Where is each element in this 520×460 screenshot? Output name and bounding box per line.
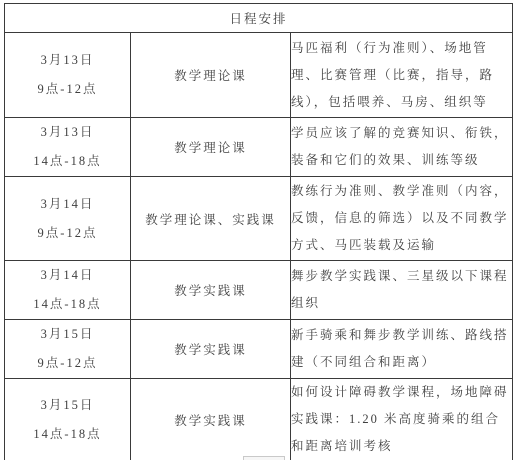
schedule-table: 日程安排 3月13日 9点-12点 教学理论课 马匹福利（行为准则）、场地管理、…	[4, 3, 513, 460]
course-cell: 教学理论课	[131, 118, 291, 177]
content-cell: 新手骑乘和舞步教学训练、路线搭建（不同组合和距离）	[291, 320, 513, 379]
date-cell: 3月14日 9点-12点	[5, 177, 131, 261]
content-cell: 马匹福利（行为准则）、场地管理、比赛管理（比赛，指导，路线），包括喂养、马房、组…	[291, 33, 513, 118]
document-page: 日程安排 3月13日 9点-12点 教学理论课 马匹福利（行为准则）、场地管理、…	[0, 0, 520, 460]
date-cell: 3月14日 14点-18点	[5, 261, 131, 320]
table-row: 3月15日 14点-18点 教学实践课 如何设计障碍教学课程，场地障碍实践课：1…	[5, 379, 513, 460]
time-text: 9点-12点	[5, 219, 130, 248]
table-title: 日程安排	[5, 4, 513, 33]
date-cell: 3月13日 14点-18点	[5, 118, 131, 177]
content-cell: 学员应该了解的竞赛知识、衔铁，装备和它们的效果、训练等级	[291, 118, 513, 177]
course-cell: 教学理论课	[131, 33, 291, 118]
course-cell: 教学理论课、实践课	[131, 177, 291, 261]
table-row: 3月14日 14点-18点 教学实践课 舞步教学实践课、三星级以下课程组织	[5, 261, 513, 320]
date-text: 3月15日	[5, 391, 130, 420]
time-text: 9点-12点	[5, 75, 130, 104]
date-cell: 3月15日 9点-12点	[5, 320, 131, 379]
course-cell: 教学实践课	[131, 379, 291, 460]
content-cell: 舞步教学实践课、三星级以下课程组织	[291, 261, 513, 320]
content-cell: 教练行为准则、教学准则（内容，反馈，信息的筛选）以及不同教学方式、马匹装载及运输	[291, 177, 513, 261]
date-text: 3月15日	[5, 320, 130, 349]
date-cell: 3月15日 14点-18点	[5, 379, 131, 460]
date-text: 3月14日	[5, 261, 130, 290]
time-text: 14点-18点	[5, 420, 130, 449]
table-row: 3月14日 9点-12点 教学理论课、实践课 教练行为准则、教学准则（内容，反馈…	[5, 177, 513, 261]
date-cell: 3月13日 9点-12点	[5, 33, 131, 118]
content-cell: 如何设计障碍教学课程，场地障碍实践课：1.20 米高度骑乘的组合和距离培训考核	[291, 379, 513, 460]
course-cell: 教学实践课	[131, 320, 291, 379]
table-row: 3月13日 9点-12点 教学理论课 马匹福利（行为准则）、场地管理、比赛管理（…	[5, 33, 513, 118]
date-text: 3月13日	[5, 46, 130, 75]
date-text: 3月13日	[5, 118, 130, 147]
course-cell: 教学实践课	[131, 261, 291, 320]
table-row: 3月15日 9点-12点 教学实践课 新手骑乘和舞步教学训练、路线搭建（不同组合…	[5, 320, 513, 379]
time-text: 14点-18点	[5, 147, 130, 176]
page-cutoff-artifact	[243, 456, 285, 460]
table-header-row: 日程安排	[5, 4, 513, 33]
time-text: 14点-18点	[5, 290, 130, 319]
table-row: 3月13日 14点-18点 教学理论课 学员应该了解的竞赛知识、衔铁，装备和它们…	[5, 118, 513, 177]
time-text: 9点-12点	[5, 349, 130, 378]
date-text: 3月14日	[5, 190, 130, 219]
